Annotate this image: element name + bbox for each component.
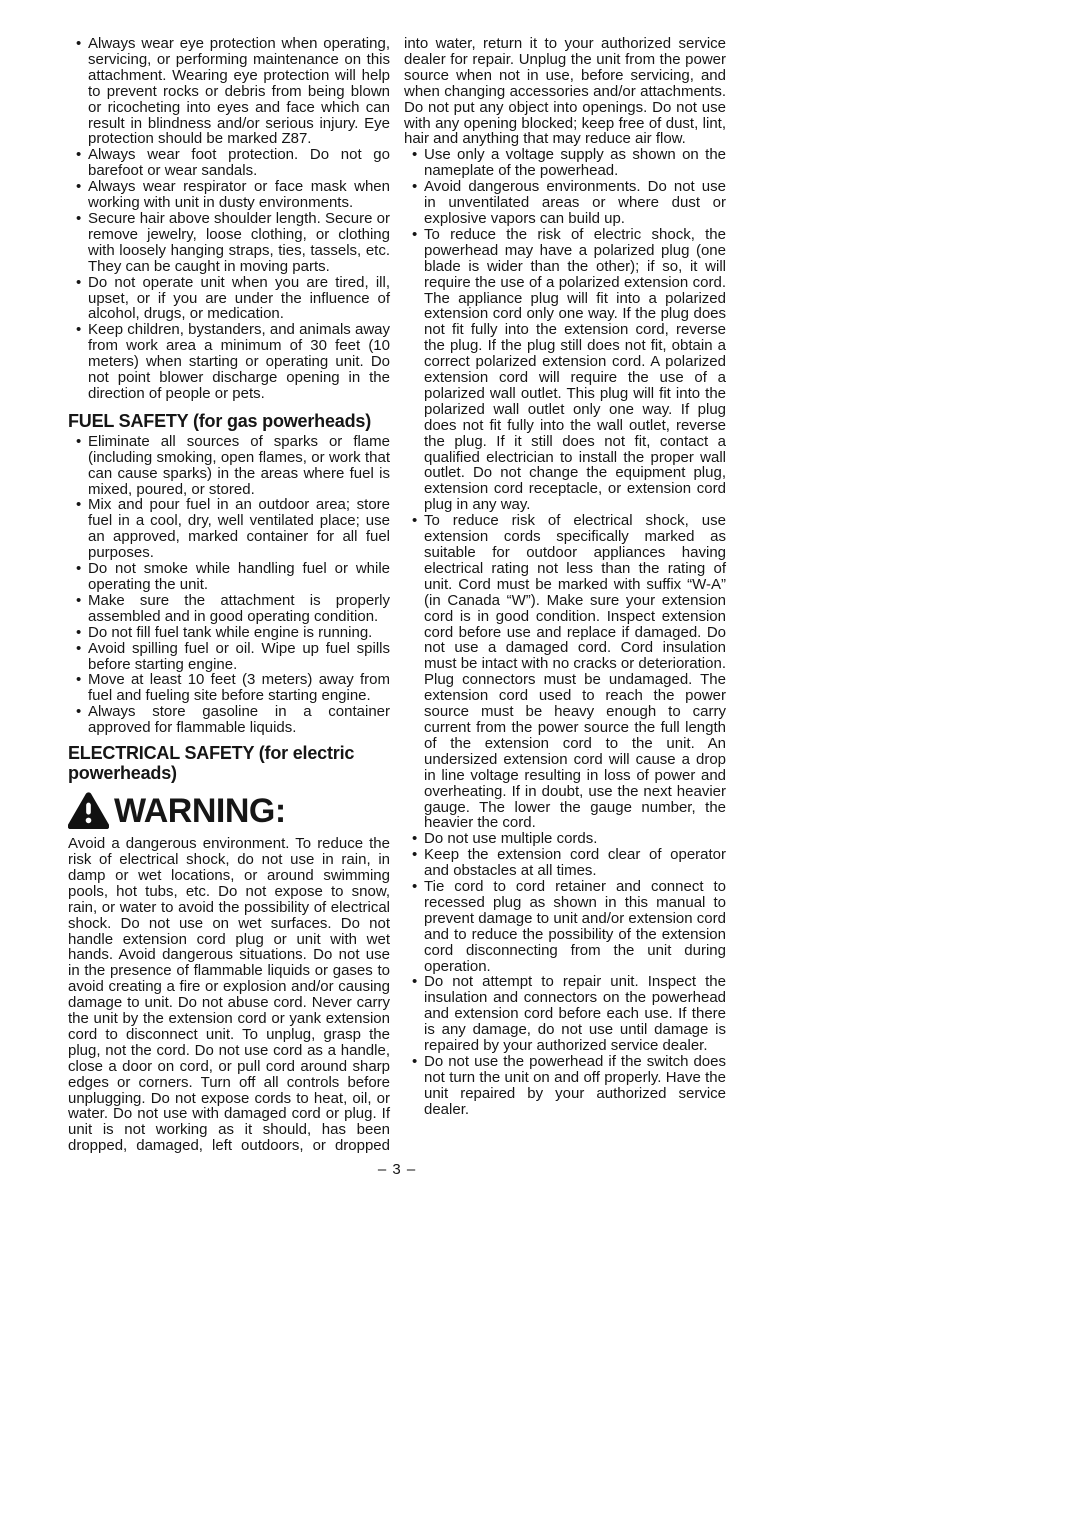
- two-column-layout: • Always wear eye protection when operat…: [68, 36, 726, 1154]
- bullet-dot-icon: •: [404, 879, 424, 974]
- bullet-item: • Make sure the attachment is properly a…: [68, 593, 390, 625]
- bullet-text: Use only a voltage supply as shown on th…: [424, 147, 726, 179]
- bullet-dot-icon: •: [68, 147, 88, 179]
- bullet-text: Always wear respirator or face mask when…: [88, 179, 390, 211]
- bullet-item: • To reduce risk of electrical shock, us…: [404, 513, 726, 831]
- warning-banner: WARNING:: [68, 792, 390, 829]
- bullet-text: Eliminate all sources of sparks or flame…: [88, 434, 390, 498]
- bullet-text: Tie cord to cord retainer and connect to…: [424, 879, 726, 974]
- bullet-dot-icon: •: [68, 672, 88, 704]
- bullet-item: • Secure hair above shoulder length. Sec…: [68, 211, 390, 275]
- bullet-dot-icon: •: [68, 625, 88, 641]
- bullet-dot-icon: •: [68, 561, 88, 593]
- bullet-item: • Mix and pour fuel in an outdoor area; …: [68, 497, 390, 561]
- bullet-text: Do not attempt to repair unit. Inspect t…: [424, 974, 726, 1054]
- bullet-text: Do not use the powerhead if the switch d…: [424, 1054, 726, 1118]
- electrical-safety-heading: ELECTRICAL SAFETY (for electric powerhea…: [68, 743, 390, 783]
- bullet-text: Avoid dangerous environments. Do not use…: [424, 179, 726, 227]
- warning-paragraph-left: Avoid a dangerous environment. To reduce…: [68, 836, 390, 1154]
- manual-page: • Always wear eye protection when operat…: [0, 0, 1080, 1526]
- bullet-text: Always wear eye protection when operatin…: [88, 36, 390, 147]
- bullet-text: To reduce the risk of electric shock, th…: [424, 227, 726, 513]
- bullet-item: • Always wear foot protection. Do not go…: [68, 147, 390, 179]
- bullet-text: Do not use multiple cords.: [424, 831, 726, 847]
- bullet-dot-icon: •: [404, 147, 424, 179]
- bullet-text: Do not smoke while handling fuel or whil…: [88, 561, 390, 593]
- bullet-item: • Do not attempt to repair unit. Inspect…: [404, 974, 726, 1054]
- bullet-dot-icon: •: [404, 227, 424, 513]
- bullet-item: • Always wear respirator or face mask wh…: [68, 179, 390, 211]
- bullet-item: • Avoid dangerous environments. Do not u…: [404, 179, 726, 227]
- bullet-item: • Do not operate unit when you are tired…: [68, 275, 390, 323]
- fuel-safety-heading: FUEL SAFETY (for gas powerheads): [68, 411, 390, 431]
- bullet-item: • To reduce the risk of electric shock, …: [404, 227, 726, 513]
- bullet-dot-icon: •: [404, 974, 424, 1054]
- bullet-dot-icon: •: [68, 704, 88, 736]
- bullet-text: To reduce risk of electrical shock, use …: [424, 513, 726, 831]
- bullet-dot-icon: •: [68, 322, 88, 402]
- bullet-item: • Keep children, bystanders, and animals…: [68, 322, 390, 402]
- bullet-item: • Always wear eye protection when operat…: [68, 36, 390, 147]
- bullet-text: Keep children, bystanders, and animals a…: [88, 322, 390, 402]
- bullet-dot-icon: •: [68, 593, 88, 625]
- bullet-item: • Eliminate all sources of sparks or fla…: [68, 434, 390, 498]
- bullet-dot-icon: •: [404, 831, 424, 847]
- bullet-item: • Always store gasoline in a container a…: [68, 704, 390, 736]
- bullet-item: • Move at least 10 feet (3 meters) away …: [68, 672, 390, 704]
- bullet-text: Do not fill fuel tank while engine is ru…: [88, 625, 390, 641]
- bullet-item: • Use only a voltage supply as shown on …: [404, 147, 726, 179]
- bullet-dot-icon: •: [68, 434, 88, 498]
- bullet-item: • Do not use multiple cords.: [404, 831, 726, 847]
- bullet-dot-icon: •: [404, 1054, 424, 1118]
- bullet-item: • Tie cord to cord retainer and connect …: [404, 879, 726, 974]
- left-column: • Always wear eye protection when operat…: [68, 36, 390, 1154]
- bullet-text: Mix and pour fuel in an outdoor area; st…: [88, 497, 390, 561]
- bullet-item: • Avoid spilling fuel or oil. Wipe up fu…: [68, 641, 390, 673]
- general-safety-bullet-list: • Always wear eye protection when operat…: [68, 36, 390, 402]
- warning-label: WARNING:: [114, 793, 286, 829]
- bullet-dot-icon: •: [404, 179, 424, 227]
- bullet-item: • Do not use the powerhead if the switch…: [404, 1054, 726, 1118]
- warning-paragraph-right: into water, return it to your authorized…: [404, 36, 726, 147]
- bullet-text: Move at least 10 feet (3 meters) away fr…: [88, 672, 390, 704]
- bullet-item: • Do not smoke while handling fuel or wh…: [68, 561, 390, 593]
- fuel-safety-bullet-list: • Eliminate all sources of sparks or fla…: [68, 434, 390, 736]
- bullet-text: Always store gasoline in a container app…: [88, 704, 390, 736]
- electrical-safety-bullet-list: • Use only a voltage supply as shown on …: [404, 147, 726, 1117]
- bullet-dot-icon: •: [68, 211, 88, 275]
- bullet-text: Always wear foot protection. Do not go b…: [88, 147, 390, 179]
- bullet-dot-icon: •: [68, 36, 88, 147]
- bullet-dot-icon: •: [404, 847, 424, 879]
- bullet-dot-icon: •: [404, 513, 424, 831]
- bullet-dot-icon: •: [68, 641, 88, 673]
- bullet-text: Secure hair above shoulder length. Secur…: [88, 211, 390, 275]
- warning-triangle-icon: [68, 792, 109, 829]
- bullet-item: • Keep the extension cord clear of opera…: [404, 847, 726, 879]
- bullet-item: • Do not fill fuel tank while engine is …: [68, 625, 390, 641]
- bullet-dot-icon: •: [68, 497, 88, 561]
- right-column: into water, return it to your authorized…: [404, 36, 726, 1154]
- bullet-text: Keep the extension cord clear of operato…: [424, 847, 726, 879]
- bullet-text: Do not operate unit when you are tired, …: [88, 275, 390, 323]
- bullet-dot-icon: •: [68, 275, 88, 323]
- page-number: – 3 –: [68, 1161, 726, 1178]
- bullet-text: Avoid spilling fuel or oil. Wipe up fuel…: [88, 641, 390, 673]
- bullet-dot-icon: •: [68, 179, 88, 211]
- bullet-text: Make sure the attachment is properly ass…: [88, 593, 390, 625]
- page-content: • Always wear eye protection when operat…: [68, 36, 726, 1178]
